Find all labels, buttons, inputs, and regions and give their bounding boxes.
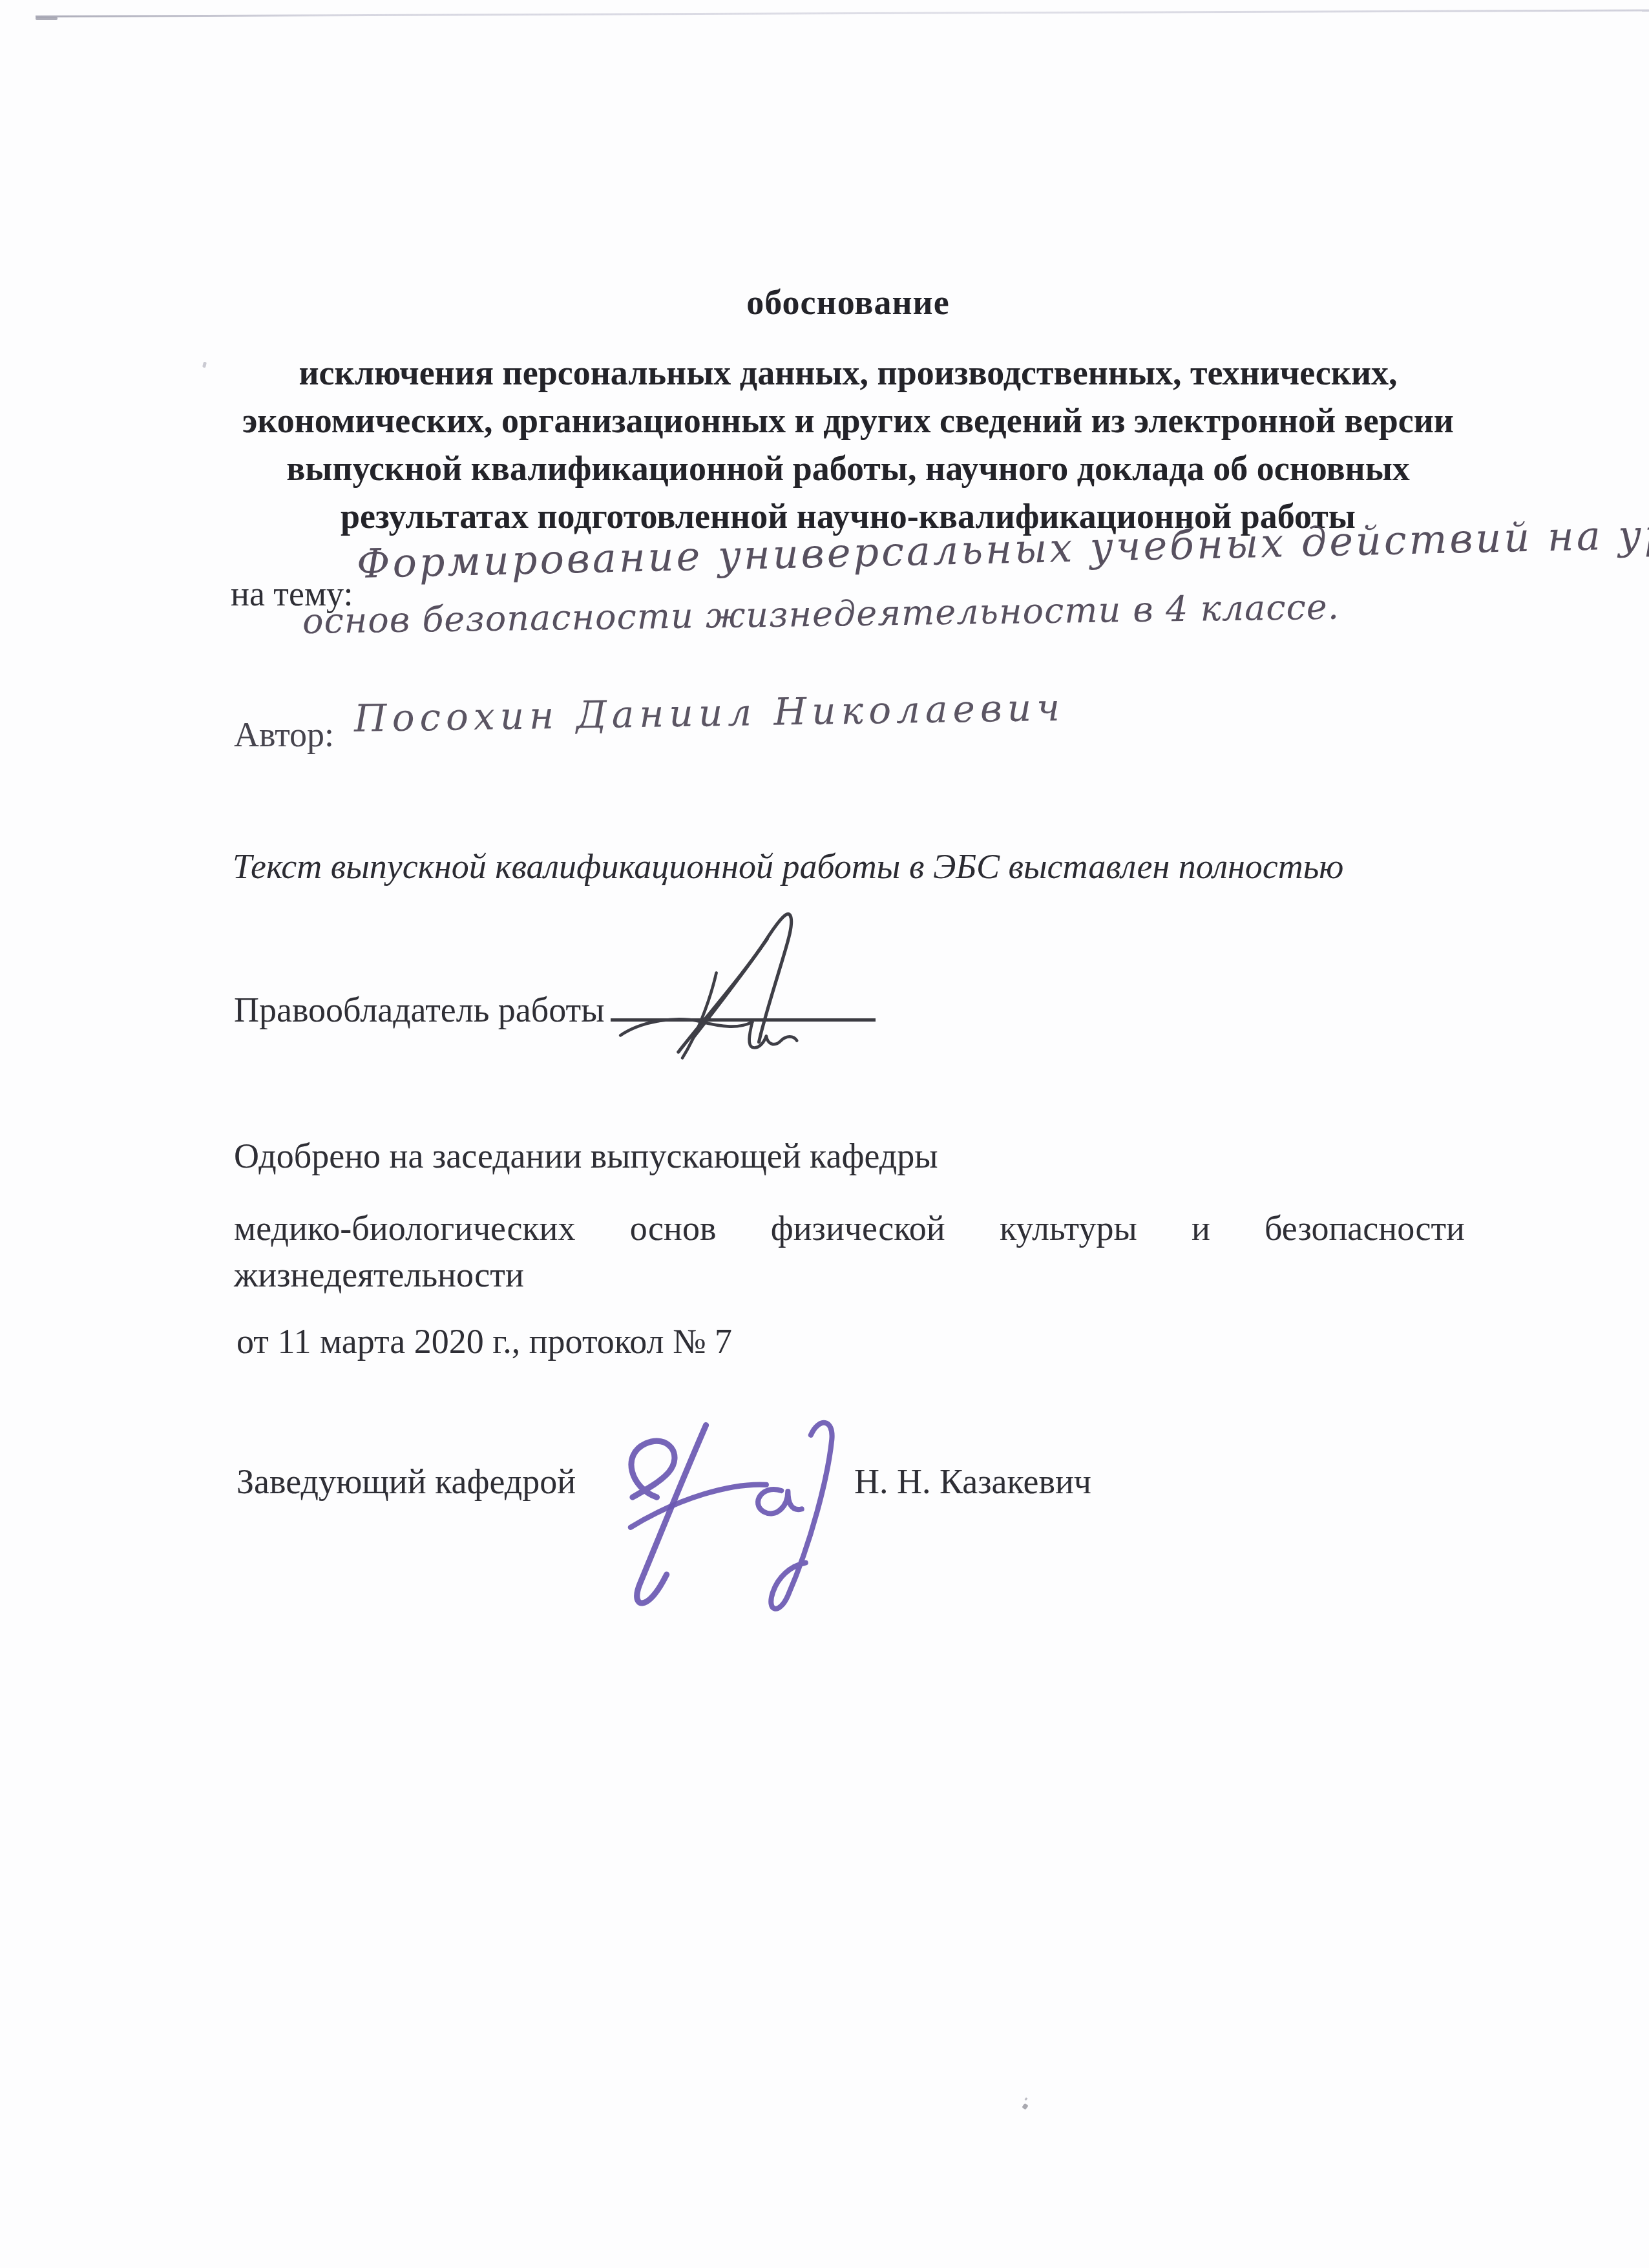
document-subtitle: исключения персональных данных, производ… <box>233 349 1464 540</box>
head-of-department-name: Н. Н. Казакевич <box>854 1462 1091 1502</box>
subtitle-line-1: исключения персональных данных, производ… <box>233 349 1464 397</box>
rightsholder-label: Правообладатель работы <box>234 991 604 1029</box>
approval-line: Одобрено на заседании выпускающей кафедр… <box>234 1136 938 1176</box>
scanned-document-page: обоснование исключения персональных данн… <box>0 0 1649 2268</box>
author-handwriting: Посохин Даниил Николаевич <box>353 686 1065 740</box>
head-signature-ink <box>593 1399 858 1628</box>
department-line-justified: медико-биологических основ физической ку… <box>234 1208 1465 1248</box>
rightsholder-signature-ink <box>615 908 835 1060</box>
scan-speck <box>1022 2103 1028 2110</box>
subtitle-line-3: выпускной квалификационной работы, научн… <box>233 445 1464 492</box>
ebs-statement: Текст выпускной квалификационной работы … <box>233 846 1343 887</box>
protocol-line: от 11 марта 2020 г., протокол № 7 <box>236 1321 732 1361</box>
topic-handwriting-line2: основ безопасности жизнедеятельности в 4… <box>302 587 1340 642</box>
author-label: Автор: <box>234 715 334 755</box>
head-of-department-label: Заведующий кафедрой <box>236 1462 576 1502</box>
subtitle-line-2: экономических, организационных и других … <box>233 397 1464 445</box>
scanner-edge-mark <box>36 17 58 20</box>
document-title: обоснование <box>233 283 1464 322</box>
scan-speck <box>202 362 207 368</box>
scanner-edge-line <box>36 9 1649 17</box>
department-line-tail: жизнедеятельности <box>234 1255 524 1295</box>
